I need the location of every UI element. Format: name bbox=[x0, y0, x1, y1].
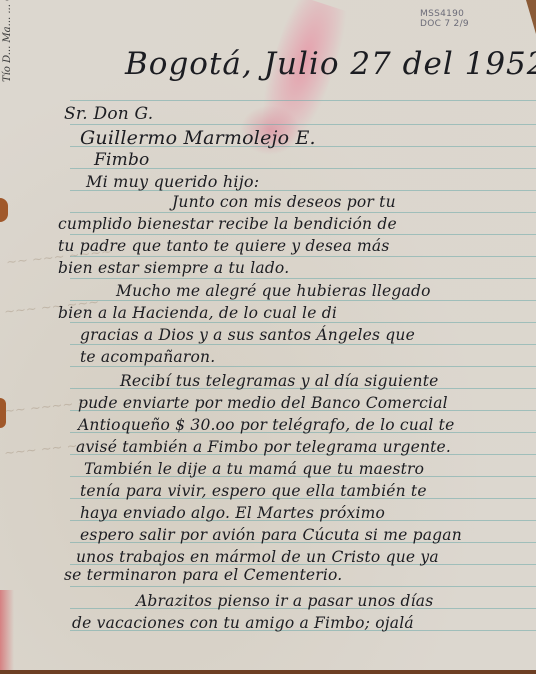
ruled-line bbox=[70, 586, 536, 587]
letter-line: se terminaron para el Cementerio. bbox=[64, 566, 342, 584]
ruled-line bbox=[70, 278, 536, 279]
bleed-through-writing: ~~ ~~~~ ~ bbox=[3, 396, 89, 420]
ruled-line bbox=[70, 100, 536, 101]
ruled-line bbox=[70, 344, 536, 345]
archive-id: MSS4190 bbox=[420, 9, 469, 19]
letter-line: avisé también a Fimbo por telegrama urge… bbox=[76, 438, 451, 456]
greeting: Mi muy querido hijo: bbox=[86, 172, 259, 191]
margin-note: Tío D... Ma... ... Camilo bbox=[2, 0, 13, 82]
letter-line: Antioqueño $ 30.oo por telégrafo, de lo … bbox=[78, 416, 455, 434]
letter-line: tenía para vivir, espero que ella tambié… bbox=[80, 482, 427, 500]
letter-line: gracias a Dios y a sus santos Ángeles qu… bbox=[80, 326, 415, 344]
red-edge-stain bbox=[0, 590, 14, 670]
letter-line: te acompañaron. bbox=[80, 348, 215, 366]
letter-line: pude enviarte por medio del Banco Comerc… bbox=[78, 394, 448, 412]
recipient-name: Guillermo Marmolejo E. bbox=[80, 127, 316, 149]
ruled-line bbox=[70, 322, 536, 323]
ruled-line bbox=[70, 124, 536, 125]
letter-line: También le dije a tu mamá que tu maestro bbox=[84, 460, 424, 478]
ruled-line bbox=[70, 234, 536, 235]
letter-page: ~~ ~~~ ~~~~ ~~~ ~~ ~~~ ~~ ~~~~ ~ ~~~ ~~ … bbox=[0, 0, 536, 674]
ruled-line bbox=[70, 300, 536, 301]
letter-line: Mucho me alegré que hubieras llegado bbox=[116, 282, 431, 300]
page-bottom-edge bbox=[0, 670, 536, 674]
letter-line: unos trabajos en mármol de un Cristo que… bbox=[76, 548, 439, 566]
edge-tear bbox=[0, 198, 8, 222]
letter-line: bien a la Hacienda, de lo cual le di bbox=[58, 304, 337, 322]
ruled-line bbox=[70, 256, 536, 257]
letter-line: de vacaciones con tu amigo a Fimbo; ojal… bbox=[72, 614, 414, 632]
letter-line: espero salir por avión para Cúcuta si me… bbox=[80, 526, 462, 544]
letter-line: tu padre que tanto te quiere y desea más bbox=[58, 237, 390, 255]
archive-doc-number: DOC 7 2/9 bbox=[420, 19, 469, 29]
letter-line: Abrazitos pienso ir a pasar unos días bbox=[136, 592, 433, 610]
ruled-line bbox=[70, 212, 536, 213]
letter-line: haya enviado algo. El Martes próximo bbox=[80, 504, 385, 522]
letter-line: Junto con mis deseos por tu bbox=[172, 193, 396, 211]
recipient-title: Sr. Don G. bbox=[64, 104, 153, 124]
archive-reference: MSS4190 DOC 7 2/9 bbox=[420, 9, 469, 29]
date-line: Bogotá, Julio 27 del 1952 bbox=[125, 46, 536, 82]
letter-line: Recibí tus telegramas y al día siguiente bbox=[120, 372, 439, 390]
ruled-line bbox=[70, 366, 536, 367]
recipient-place: Fimbo bbox=[94, 150, 149, 170]
torn-corner bbox=[526, 0, 536, 34]
letter-line: cumplido bienestar recibe la bendición d… bbox=[58, 215, 397, 233]
letter-line: bien estar siempre a tu lado. bbox=[58, 259, 289, 277]
